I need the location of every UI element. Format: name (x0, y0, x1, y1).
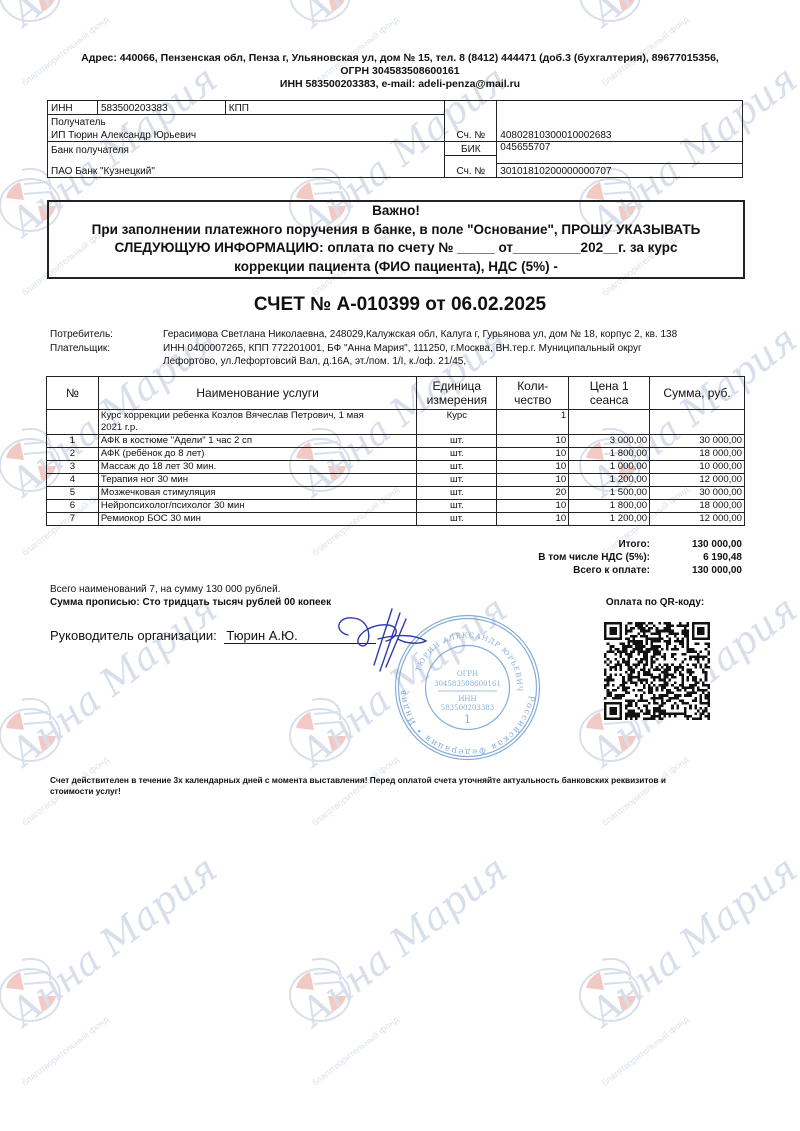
col-sum: Сумма, руб. (650, 377, 745, 410)
totals-block: Итого:130 000,00 В том числе НДС (5%):6 … (470, 538, 742, 577)
due-label: Всего к оплате: (470, 564, 660, 577)
cell-price: 1 800,00 (569, 448, 650, 461)
bik-label: БИК (445, 142, 497, 156)
cell-num: 1 (47, 435, 99, 448)
inn-value: 583500203383 (97, 101, 225, 115)
payer-label: Плательщик: (50, 342, 160, 355)
cell-sum: 18 000,00 (650, 500, 745, 513)
bik-value: 045655707 (497, 142, 743, 164)
cell-price: 1 000,00 (569, 461, 650, 474)
cell-num: 6 (47, 500, 99, 513)
svg-text:583500203383: 583500203383 (441, 704, 494, 712)
qr-label: Оплата по QR-коду: (590, 597, 720, 608)
corr-account-label: Сч. № (445, 156, 497, 178)
kpp-label: КПП (225, 101, 445, 115)
account-value: 40802810300010002683 (497, 101, 743, 142)
consumer-value: Герасимова Светлана Николаевна, 248029,К… (163, 328, 753, 341)
director-label: Руководитель организации: (50, 628, 217, 643)
payer-value-line-1: ИНН 0400007265, КПП 772201001, БФ "Анна … (163, 342, 753, 355)
col-unit: Единицаизмерения (417, 377, 497, 410)
svg-text:ИНН: ИНН (458, 695, 476, 703)
cell-price: 3 000,00 (569, 435, 650, 448)
seller-header: Адрес: 440066, Пензенская обл, Пенза г, … (40, 52, 760, 91)
cell-sum: 12 000,00 (650, 474, 745, 487)
bank-label: Банк получателя (48, 142, 445, 156)
corr-account-value: 30101810200000000707 (497, 164, 743, 178)
seller-address: Адрес: 440066, Пензенская обл, Пенза г, … (40, 52, 760, 65)
cell-num: 5 (47, 487, 99, 500)
course-unit: Курс (417, 410, 497, 435)
col-price: Цена 1сеанса (569, 377, 650, 410)
cell-qty: 10 (497, 461, 569, 474)
cell-qty: 20 (497, 487, 569, 500)
table-row: 5Мозжечковая стимуляцияшт.201 500,0030 0… (47, 487, 745, 500)
cell-price: 1 200,00 (569, 513, 650, 526)
course-row: Курс коррекции ребенка Козлов Вячеслав П… (47, 410, 745, 435)
course-qty: 1 (497, 410, 569, 435)
table-row: 7Ремиокор БОС 30 миншт.101 200,0012 000,… (47, 513, 745, 526)
col-num: № (47, 377, 99, 410)
recipient-label: Получатель (48, 115, 445, 129)
cell-unit: шт. (417, 461, 497, 474)
cell-sum: 30 000,00 (650, 487, 745, 500)
vat-label: В том числе НДС (5%): (470, 551, 660, 564)
due-value: 130 000,00 (660, 564, 742, 577)
seller-inn-email: ИНН 583500203383, e-mail: adeli-penza@ma… (40, 78, 760, 91)
cell-name: Ремиокор БОС 30 мин (98, 513, 416, 526)
validity-note: Счет действителен в течение 3х календарн… (50, 775, 800, 797)
cell-qty: 10 (497, 435, 569, 448)
payer-value-line-2: Лефортово, ул.Лефортовсий Вал, д.16А, эт… (163, 355, 753, 368)
services-table: № Наименование услуги Единицаизмерения К… (46, 376, 745, 526)
table-row: 2АФК (ребёнок до 8 лет)шт.101 800,0018 0… (47, 448, 745, 461)
cell-unit: шт. (417, 474, 497, 487)
svg-text:304583508600161: 304583508600161 (434, 680, 501, 688)
table-row: 6Нейропсихолог/психолог 30 миншт.101 800… (47, 500, 745, 513)
table-row: 1АФК в костюме "Адели" 1 час 2 спшт.103 … (47, 435, 745, 448)
seller-ogrn: ОГРН 304583508600161 (40, 65, 760, 78)
course-name: Курс коррекции ребенка Козлов Вячеслав П… (98, 410, 416, 435)
svg-text:1: 1 (464, 713, 471, 726)
important-notice: Важно! При заполнении платежного поручен… (47, 200, 745, 279)
cell-unit: шт. (417, 448, 497, 461)
bank-value: ПАО Банк "Кузнецкий" (48, 164, 445, 178)
cell-name: Мозжечковая стимуляция (98, 487, 416, 500)
director-signature-line: Руководитель организации: Тюрин А.Ю. (50, 628, 376, 644)
cell-price: 1 500,00 (569, 487, 650, 500)
col-qty: Коли-чество (497, 377, 569, 410)
recipient-value: ИП Тюрин Александр Юрьевич (48, 128, 445, 142)
cell-name: Терапия ног 30 мин (98, 474, 416, 487)
consumer-label: Потребитель: (50, 328, 160, 341)
table-row: 4Терапия ног 30 миншт.101 200,0012 000,0… (47, 474, 745, 487)
important-title: Важно! (49, 202, 743, 221)
invoice-document: Адрес: 440066, Пензенская обл, Пенза г, … (0, 0, 800, 1131)
bank-details-table: ИНН 583500203383 КПП Сч. № 4080281030001… (47, 100, 743, 178)
svg-text:ОГРН: ОГРН (457, 670, 478, 678)
cell-price: 1 200,00 (569, 474, 650, 487)
cell-name: АФК в костюме "Адели" 1 час 2 сп (98, 435, 416, 448)
director-signature (330, 605, 440, 675)
cell-name: Нейропсихолог/психолог 30 мин (98, 500, 416, 513)
account-label: Сч. № (445, 101, 497, 142)
cell-name: АФК (ребёнок до 8 лет) (98, 448, 416, 461)
total-value: 130 000,00 (660, 538, 742, 551)
cell-sum: 12 000,00 (650, 513, 745, 526)
payment-qr-code[interactable] (604, 622, 710, 720)
cell-qty: 10 (497, 513, 569, 526)
important-line-1: При заполнении платежного поручения в ба… (49, 221, 743, 240)
cell-num: 4 (47, 474, 99, 487)
services-header-row: № Наименование услуги Единицаизмерения К… (47, 377, 745, 410)
cell-unit: шт. (417, 487, 497, 500)
vat-value: 6 190,48 (660, 551, 742, 564)
cell-unit: шт. (417, 435, 497, 448)
cell-num: 2 (47, 448, 99, 461)
total-label: Итого: (470, 538, 660, 551)
items-count-line: Всего наименований 7, на сумму 130 000 р… (50, 584, 280, 595)
amount-in-words: Сумма прописью: Сто тридцать тысяч рубле… (50, 597, 331, 608)
important-line-3: коррекции пациента (ФИО пациента), НДС (… (49, 258, 743, 277)
inn-label: ИНН (48, 101, 98, 115)
cell-qty: 10 (497, 474, 569, 487)
cell-price: 1 800,00 (569, 500, 650, 513)
important-line-2: СЛЕДУЮЩУЮ ИНФОРМАЦИЮ: оплата по счету № … (49, 239, 743, 258)
col-name: Наименование услуги (98, 377, 416, 410)
cell-unit: шт. (417, 500, 497, 513)
cell-unit: шт. (417, 513, 497, 526)
cell-name: Массаж до 18 лет 30 мин. (98, 461, 416, 474)
cell-num: 3 (47, 461, 99, 474)
cell-num: 7 (47, 513, 99, 526)
cell-sum: 30 000,00 (650, 435, 745, 448)
cell-sum: 10 000,00 (650, 461, 745, 474)
cell-qty: 10 (497, 448, 569, 461)
invoice-title: СЧЕТ № А-010399 от 06.02.2025 (0, 294, 800, 316)
cell-qty: 10 (497, 500, 569, 513)
table-row: 3Массаж до 18 лет 30 мин.шт.101 000,0010… (47, 461, 745, 474)
cell-sum: 18 000,00 (650, 448, 745, 461)
